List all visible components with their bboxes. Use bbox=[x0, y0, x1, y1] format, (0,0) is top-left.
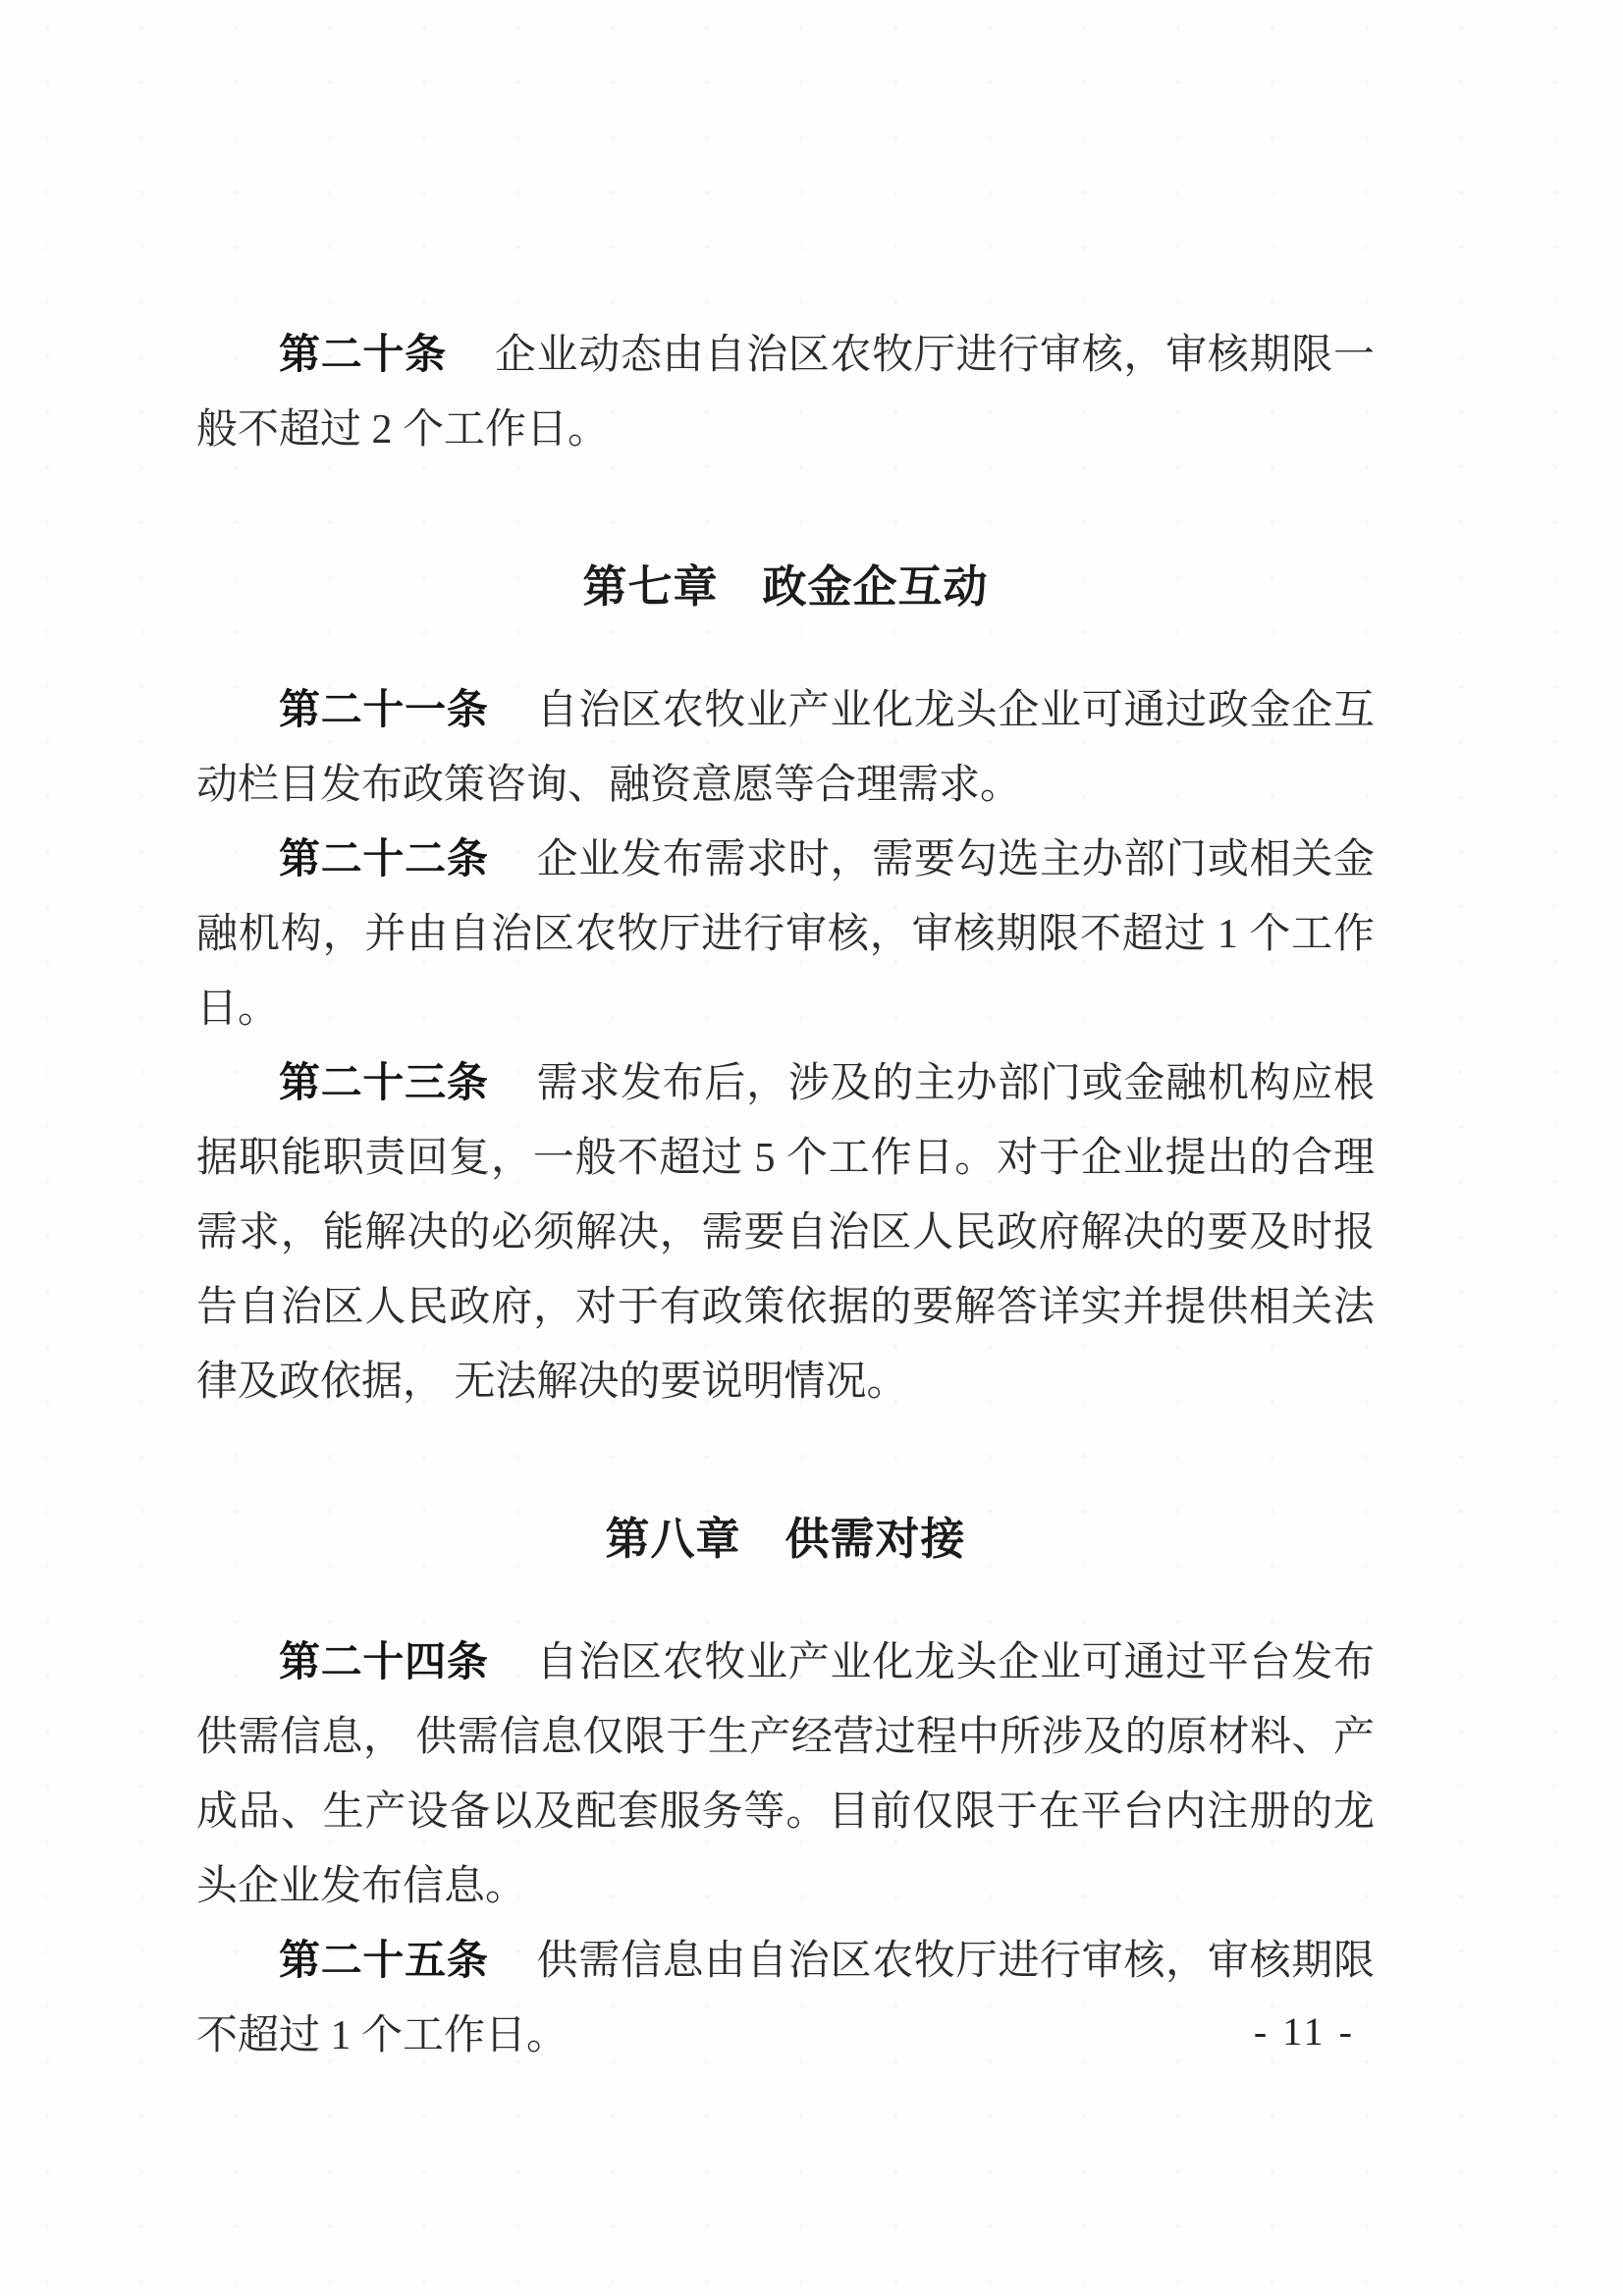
document-body: 第二十条企业动态由自治区农牧厅进行审核，审核期限一般不超过 2 个工作日。 第七… bbox=[196, 318, 1375, 2073]
article-text: 需求发布后，涉及的主办部门或金融机构应根据职能职责回复，一般不超过 5 个工作日… bbox=[196, 1061, 1375, 1405]
article-paragraph: 第二十条企业动态由自治区农牧厅进行审核，审核期限一般不超过 2 个工作日。 bbox=[196, 318, 1375, 467]
chapter-title: 供需对接 bbox=[785, 1514, 966, 1564]
scanned-document-page: 第二十条企业动态由自治区农牧厅进行审核，审核期限一般不超过 2 个工作日。 第七… bbox=[0, 0, 1623, 2296]
article-number: 第二十三条 bbox=[279, 1061, 536, 1106]
article-number: 第二十条 bbox=[279, 333, 494, 378]
chapter-number: 第八章 bbox=[605, 1514, 784, 1564]
chapter-number: 第七章 bbox=[582, 561, 762, 612]
article-number: 第二十二条 bbox=[279, 837, 536, 882]
article-number: 第二十四条 bbox=[279, 1640, 536, 1685]
article-paragraph: 第二十一条自治区农牧业产业化龙头企业可通过政金企互动栏目发布政策咨询、融资意愿等… bbox=[196, 673, 1375, 823]
article-number: 第二十一条 bbox=[279, 688, 536, 733]
chapter-heading: 第七章政金企互动 bbox=[196, 550, 1375, 624]
article-paragraph: 第二十四条自治区农牧业产业化龙头企业可通过平台发布供需信息， 供需信息仅限于生产… bbox=[196, 1626, 1375, 1924]
chapter-title: 政金企互动 bbox=[763, 561, 989, 612]
chapter-heading: 第八章供需对接 bbox=[196, 1502, 1375, 1576]
article-paragraph: 第二十三条需求发布后，涉及的主办部门或金融机构应根据职能职责回复，一般不超过 5… bbox=[196, 1046, 1375, 1419]
article-paragraph: 第二十五条供需信息由自治区农牧厅进行审核，审核期限不超过 1 个工作日。 bbox=[196, 1924, 1375, 2073]
page-number: - 11 - bbox=[1254, 2010, 1355, 2054]
article-paragraph: 第二十二条企业发布需求时，需要勾选主办部门或相关金融机构，并由自治区农牧厅进行审… bbox=[196, 823, 1375, 1046]
article-number: 第二十五条 bbox=[279, 1939, 536, 1984]
